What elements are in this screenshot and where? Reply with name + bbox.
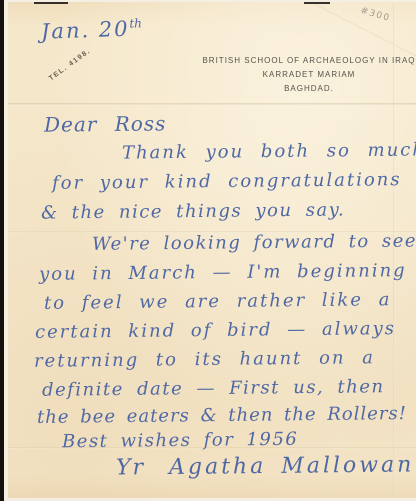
letterhead: BRITISH SCHOOL OF ARCHAEOLOGY IN IRAQ KA… xyxy=(196,54,416,96)
horizontal-fold-crease xyxy=(8,103,416,106)
letter-date: Jan. 20th xyxy=(41,16,143,44)
letter-line: Thank you both so much xyxy=(122,139,416,163)
letter-paper: #300 Jan. 20th TEL. 4198. BRITISH SCHOOL… xyxy=(8,2,416,498)
letter-line: certain kind of bird — always xyxy=(35,318,396,343)
salutation-line: Dear Ross xyxy=(44,111,167,136)
paper-edge-notch xyxy=(304,2,330,4)
scan-background: { "page": { "archive_mark": "#300", "pho… xyxy=(0,0,416,501)
letterhead-street: KARRADET MARIAM xyxy=(196,68,416,82)
letter-line: you in March — I'm beginning xyxy=(39,260,407,285)
signature: Agatha Mallowan xyxy=(169,452,415,480)
letter-date-text: Jan. 20 xyxy=(41,17,130,44)
scan-backing: #300 Jan. 20th TEL. 4198. BRITISH SCHOOL… xyxy=(4,0,416,501)
letter-line: for your kind congratulations xyxy=(52,169,402,194)
letter-line: to feel we are rather like a xyxy=(44,289,392,314)
signature-prefix: Yr xyxy=(116,455,145,480)
letter-line: We're looking forward to seeing xyxy=(92,230,416,255)
letter-line: returning to its haunt on a xyxy=(34,347,375,372)
archive-number-pencil: #300 xyxy=(359,6,391,24)
letter-line: definite date — First us, then xyxy=(42,376,385,401)
letter-date-suffix: th xyxy=(129,16,142,30)
letter-line: the bee eaters & then the Rollers! xyxy=(37,403,407,428)
closing-line: Best wishes for 1956 xyxy=(62,429,299,452)
signature-line: YrAgatha Mallowan xyxy=(116,452,415,480)
telephone-number-stamp: TEL. 4198. xyxy=(48,47,92,82)
letter-line: & the nice things you say. xyxy=(41,199,345,223)
paper-edge-notch xyxy=(34,2,68,4)
letterhead-city: BAGHDAD. xyxy=(196,82,416,96)
letterhead-institution: BRITISH SCHOOL OF ARCHAEOLOGY IN IRAQ xyxy=(196,54,416,68)
